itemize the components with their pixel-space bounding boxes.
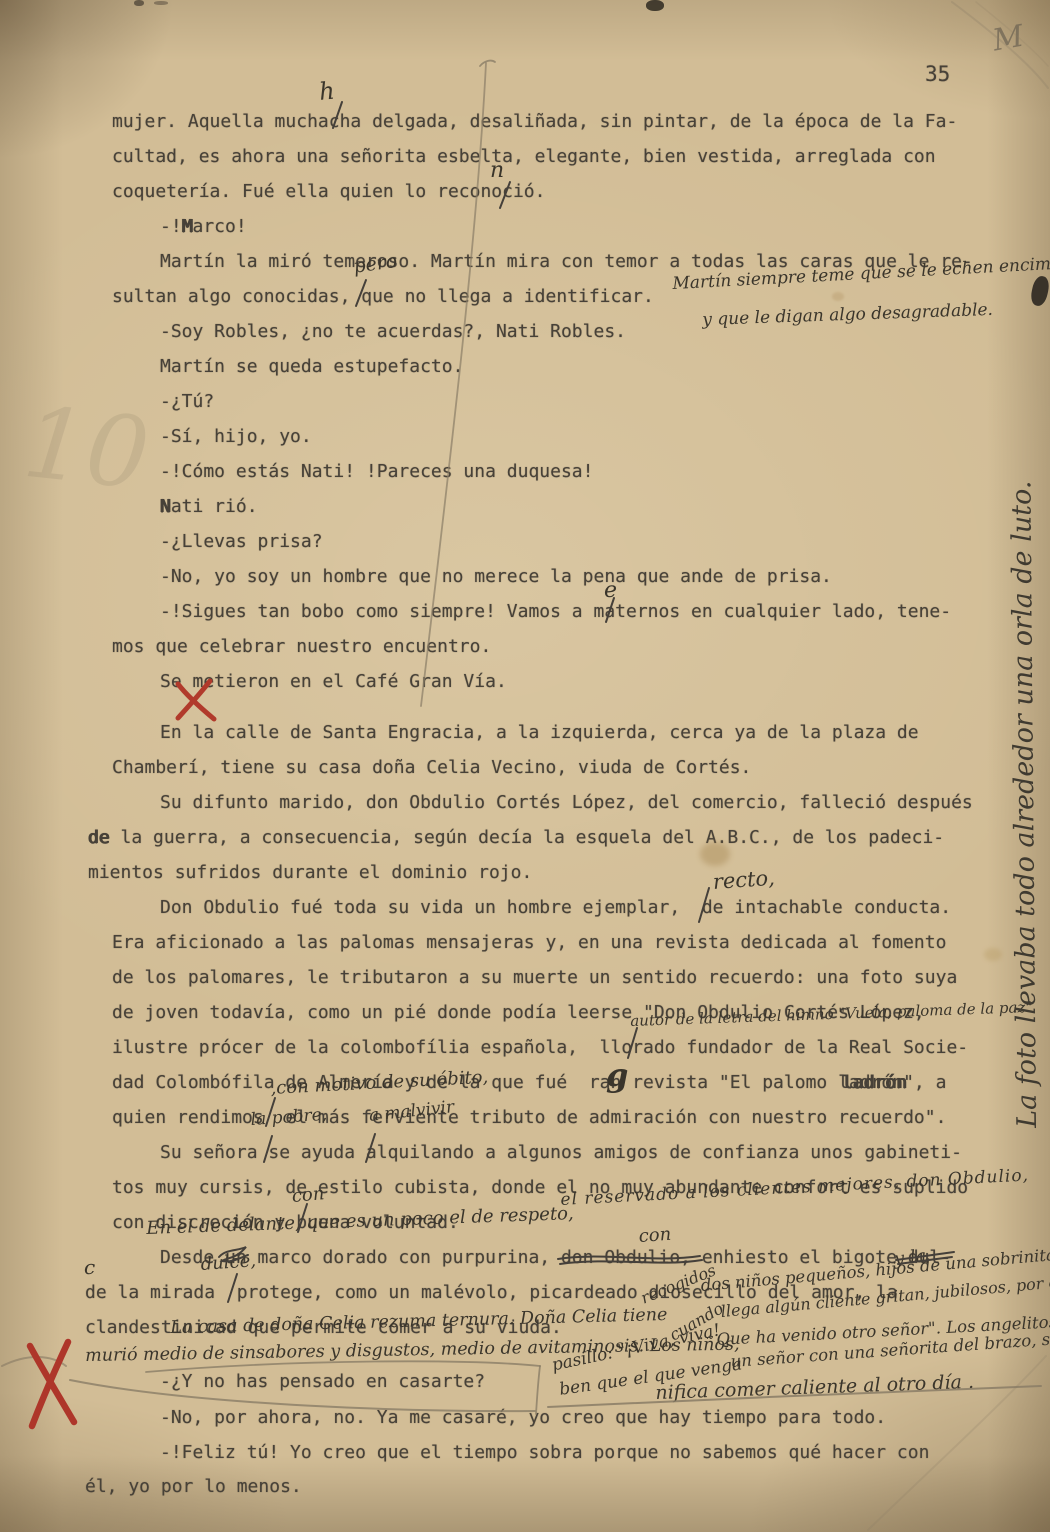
handwritten-note: con (638, 1224, 672, 1247)
typed-line: -¿Tú? (160, 392, 214, 412)
paper-tear-mark (1029, 275, 1050, 308)
typed-overstrike: M (182, 217, 193, 237)
typed-overstrike: de (88, 828, 110, 848)
handwritten-note: dulce, (200, 1250, 257, 1275)
page-number: 35 (925, 62, 950, 86)
typed-line: quien rendimos el más ferviente tributo … (112, 1108, 946, 1128)
typed-line: -Sí, hijo, yo. (160, 427, 312, 447)
typed-line: mientos sufridos durante el dominio rojo… (88, 863, 532, 883)
typed-line: Su señora se ayuda alquilando a algunos … (160, 1143, 962, 1163)
typed-line: En la calle de Santa Engracia, a la izqu… (160, 723, 919, 743)
typed-line: -!Marco! (160, 217, 247, 237)
typed-line: Chamberí, tiene su casa doña Celia Vecin… (112, 758, 751, 778)
typed-line: dad Colombófila de Almería y de la que f… (112, 1073, 946, 1093)
typed-line: -No, por ahora, no. Ya me casaré, yo cre… (160, 1408, 886, 1428)
typed-line: -¿Llevas prisa? (160, 532, 323, 552)
typed-line: Don Obdulio fué toda su vida un hombre e… (160, 898, 951, 918)
typed-overstrike: ladrón (842, 1073, 907, 1093)
corner-pencil-mark: M (990, 19, 1026, 59)
typed-line: -Soy Robles, ¿no te acuerdas?, Nati Robl… (160, 322, 626, 342)
paper-stain (832, 292, 844, 301)
typed-line: mos que celebrar nuestro encuentro. (112, 637, 491, 657)
vertical-margin-note: La foto llevaba todo alrededor una orla … (1006, 480, 1043, 1128)
handwritten-note: con (291, 1183, 325, 1207)
typed-line: sultan algo conocidas, que no llega a id… (112, 287, 654, 307)
paper-stain (984, 948, 1002, 961)
handwritten-note: el reservado a los clientes mejores, don… (560, 1165, 1029, 1210)
typed-overstrike: N (160, 497, 171, 517)
typed-line: -!Cómo estás Nati! !Pareces una duquesa! (160, 462, 593, 482)
typed-line: de los palomares, le tributaron a su mue… (112, 968, 957, 988)
manuscript-page: mujer. Aquella muchacha delgada, desaliñ… (0, 0, 1050, 1532)
paper-tear-mark (134, 0, 144, 6)
handwritten-note: y que le digan algo desagradable. (702, 300, 993, 330)
handwritten-note: pero (352, 250, 399, 278)
typed-line: -¿Y no has pensado en casarte? (160, 1372, 485, 1392)
handwritten-note: n (490, 158, 504, 183)
paper-tear-mark (154, 1, 168, 5)
typed-line: él, yo por lo menos. (85, 1477, 302, 1497)
handwritten-note: En el de delante, que es un poco el de r… (146, 1203, 574, 1239)
typed-line: Nati rió. (160, 497, 258, 517)
paper-tear-mark (646, 0, 664, 11)
handwritten-note: recto, (712, 866, 776, 894)
typed-line: Se metieron en el Café Gran Vía. (160, 672, 507, 692)
handwritten-note: h (318, 77, 336, 106)
typed-line: cultad, es ahora una señorita esbelta, e… (112, 147, 936, 167)
typed-line: Martín se queda estupefacto. (160, 357, 463, 377)
typed-line: Era aficionado a las palomas mensajeras … (112, 933, 946, 953)
typed-line: mujer. Aquella muchacha delgada, desaliñ… (112, 112, 957, 132)
margin-pencil-number: 10 (18, 386, 154, 512)
typed-line: Su difunto marido, don Obdulio Cortés Ló… (160, 793, 973, 813)
red-x-mark-bottom (30, 1342, 74, 1426)
typed-line: -!Sigues tan bobo como siempre! Vamos a … (160, 602, 951, 622)
typed-line: -!Feliz tú! Yo creo que el tiempo sobra … (160, 1443, 929, 1463)
typed-line: -No, yo soy un hombre que no merece la p… (160, 567, 832, 587)
handwritten-note: e (604, 578, 617, 603)
handwritten-note: c (84, 1255, 95, 1279)
typed-line: de la guerra, a consecuencia, según decí… (88, 828, 944, 848)
typed-line: coquetería. Fué ella quien lo reconoció. (112, 182, 545, 202)
handwritten-note: g (606, 1056, 628, 1094)
typed-line: ilustre prócer de la colombofília españo… (112, 1038, 968, 1058)
